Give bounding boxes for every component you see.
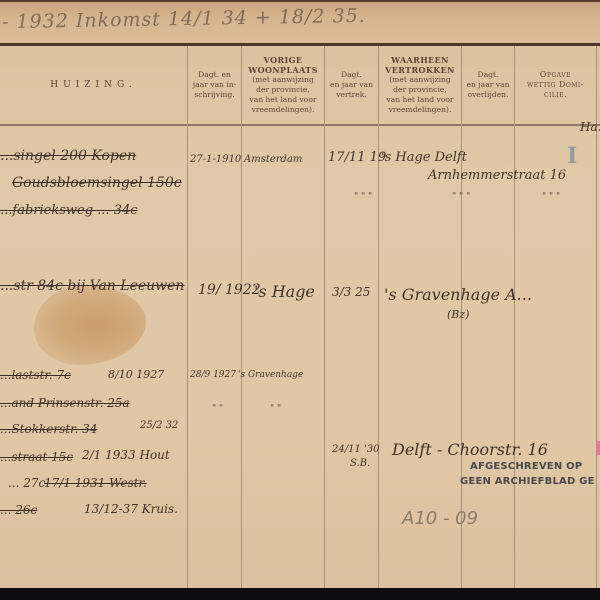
entry3-address-5: ... 27c	[8, 476, 45, 490]
header-text: (met aanwijzing	[248, 75, 318, 85]
entry2-address: ...str 84c bij Van Leeuwen	[0, 278, 184, 294]
entry1-vorige-woonplaats: Amsterdam	[244, 154, 302, 165]
top-handwritten-note: - 1932 Inkomst 14/1 34 + 18/2 35.	[2, 5, 366, 33]
header-text: Opgave	[527, 70, 584, 80]
ditto-marks: " " "	[542, 192, 560, 202]
header-vorige-woonplaats: VORIGE WOONPLAATS (met aanwijzing der pr…	[242, 46, 324, 124]
ditto-marks: " "	[212, 404, 223, 414]
header-text: en jaar van	[330, 80, 373, 90]
ditto-marks: " " "	[354, 192, 372, 202]
entry3-date-5: 13/12-37 Kruis.	[84, 502, 178, 516]
header-waarheen-vertrokken: WAARHEEN VERTROKKEN (met aanwijzing der …	[379, 46, 461, 124]
header-text: van het land voor	[385, 95, 455, 105]
header-text: Dagt.	[330, 70, 373, 80]
entry3-date-1: 8/10 1927	[108, 368, 164, 381]
archive-code: A10 - 09	[402, 508, 478, 529]
entry2-waarheen: 's Gravenhage A...	[384, 285, 532, 304]
column-divider	[514, 46, 515, 588]
header-text: van het land voor	[248, 95, 318, 105]
column-divider	[187, 46, 188, 588]
header-inschrijving: Dagt. en jaar van in- schrijving.	[188, 46, 241, 124]
header-huizing: HUIZING.	[0, 46, 187, 124]
header-text: en jaar van	[467, 80, 510, 90]
stamp-afgeschreven: AFGESCHREVEN OP	[470, 461, 582, 472]
entry2-inschrijving-date: 19/ 1922	[198, 282, 261, 298]
header-text: Dagt.	[467, 70, 510, 80]
entry3-inschrijving-date: 28/9 1927	[190, 370, 236, 380]
entry1-waarheen-street: Arnhemmerstraat 16	[428, 168, 566, 183]
entry3-address-4: ...straat 15c	[0, 450, 73, 464]
header-text: Dagt. en	[193, 70, 236, 80]
header-bottom-rule	[0, 124, 600, 126]
entry3-date-4: 17/1 1931 Westr.	[44, 476, 147, 490]
header-text: der provincie,	[248, 85, 318, 95]
entry3-address-6: ... 26c	[0, 503, 37, 517]
header-text: jaar van in-	[193, 80, 236, 90]
pink-mark	[596, 441, 600, 455]
header-text: (met aanwijzing	[385, 75, 455, 85]
ditto-marks: " "	[270, 404, 281, 414]
header-text: vreemdelingen).	[248, 105, 318, 115]
entry1-vertrek-date: 17/11 19	[328, 150, 386, 165]
column-divider	[241, 46, 242, 588]
column-divider	[378, 46, 379, 588]
header-title: WAARHEEN	[385, 55, 455, 65]
entry3-address-2: ...and Prinsenstr. 25a	[0, 396, 130, 410]
entry3-address-3: ...Stokkerstr. 34	[0, 422, 97, 436]
entry3-date-3: 2/1 1933 Hout	[82, 448, 170, 462]
entry2-vorige-woonplaats: 's Hage	[254, 282, 315, 301]
header-text: overlijden.	[467, 90, 510, 100]
ditto-marks: " " "	[452, 192, 470, 202]
header-text: der provincie,	[385, 85, 455, 95]
entry3-address-1: ...laststr. 7c	[0, 368, 71, 382]
header-text: cilie.	[527, 90, 584, 100]
entry1-inschrijving-date: 27-1-1910	[190, 154, 241, 165]
entry1-waarheen: 's Hage Delft	[381, 150, 467, 165]
entry2-waarheen-note: (Bz)	[447, 308, 469, 321]
header-text: vertrek.	[330, 90, 373, 100]
right-margin-note: Ha...	[580, 120, 600, 134]
entry1-address-2: Goudsbloemsingel 150c	[12, 175, 182, 191]
roman-numeral-stamp: I	[567, 143, 577, 169]
entry3-vorige-woonplaats: 's Gravenhage	[238, 370, 303, 380]
entry3-vertrek-date: 24/11 '30	[332, 444, 379, 455]
water-stain	[34, 285, 146, 365]
entry1-address-3: ...fabrieksweg ... 34c	[0, 203, 138, 218]
header-title: WOONPLAATS	[248, 65, 318, 75]
header-domicilie: Opgave wettig Domi- cilie.	[515, 46, 596, 124]
entry3-date-2: 25/2 32	[140, 420, 178, 431]
entry2-vertrek-date: 3/3 25	[332, 285, 370, 299]
header-text: vreemdelingen).	[385, 105, 455, 115]
column-divider	[324, 46, 325, 588]
entry3-vertrek-note: S.B.	[350, 458, 370, 469]
entry1-address-1: ...singel 200 Kopen	[0, 148, 136, 164]
header-huizing-label: HUIZING.	[50, 80, 136, 90]
entry3-waarheen: Delft - Choorstr. 16	[392, 440, 548, 459]
header-title: VORIGE	[248, 55, 318, 65]
stamp-geen-archiefblad: GEEN ARCHIEFBLAD GE	[460, 476, 595, 487]
header-overlijden: Dagt. en jaar van overlijden.	[462, 46, 514, 124]
scan-border	[0, 588, 600, 600]
header-vertrek: Dagt. en jaar van vertrek.	[325, 46, 378, 124]
top-margin: - 1932 Inkomst 14/1 34 + 18/2 35.	[0, 0, 600, 46]
header-title: VERTROKKEN	[385, 65, 455, 75]
header-text: wettig Domi-	[527, 80, 584, 90]
register-page: - 1932 Inkomst 14/1 34 + 18/2 35. HUIZIN…	[0, 0, 600, 588]
header-text: schrijving.	[193, 90, 236, 100]
